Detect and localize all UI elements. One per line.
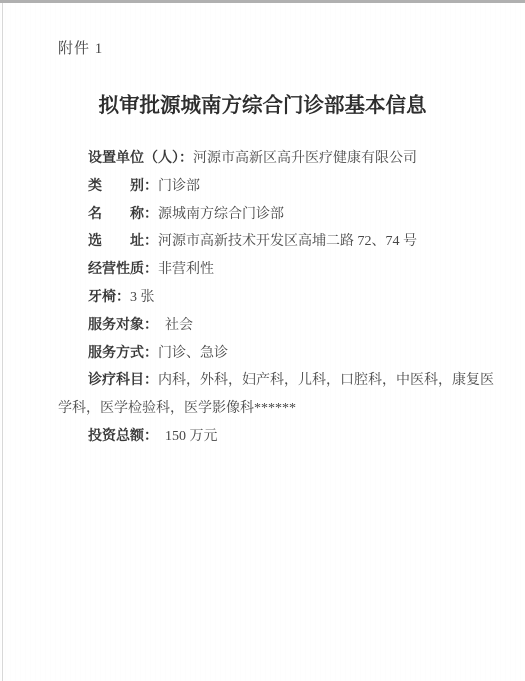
field-row-setup-unit: 设置单位（人）：河源市高新区高升医疗健康有限公司 — [58, 145, 472, 173]
field-label: 诊疗科目： — [88, 373, 158, 388]
field-value: 河源市高新技术开发区高埔二路 72、74 号 — [158, 234, 417, 249]
document-body: 设置单位（人）：河源市高新区高升医疗健康有限公司 类 别：门诊部 名 称：源城南… — [58, 145, 472, 451]
document-title: 拟审批源城南方综合门诊部基本信息 — [0, 94, 525, 118]
field-row-total-investment: 投资总额： 150 万元 — [58, 423, 472, 451]
field-value: 150 万元 — [151, 429, 218, 444]
field-label: 类 别： — [88, 179, 158, 194]
field-row-address: 选 址：河源市高新技术开发区高埔二路 72、74 号 — [58, 228, 472, 256]
field-value-continuation: 学科，医学检验科，医学影像科****** — [58, 395, 472, 423]
field-row-clinical-departments: 诊疗科目：内科，外科，妇产科，儿科，口腔科，中医科，康复医 — [58, 367, 472, 395]
field-label: 名 称： — [88, 207, 158, 222]
field-value: 门诊、急诊 — [158, 346, 228, 361]
field-label: 服务对象： — [88, 318, 151, 333]
field-row-service-target: 服务对象： 社会 — [58, 312, 472, 340]
field-value: 非营利性 — [158, 262, 214, 277]
field-value: 社会 — [151, 318, 193, 333]
field-label: 经营性质： — [88, 262, 158, 277]
field-label: 选 址： — [88, 234, 158, 249]
field-label: 设置单位（人）： — [88, 151, 193, 166]
field-row-dental-chairs: 牙椅：3 张 — [58, 284, 472, 312]
field-value: 河源市高新区高升医疗健康有限公司 — [193, 151, 417, 166]
field-row-name: 名 称：源城南方综合门诊部 — [58, 201, 472, 229]
field-row-category: 类 别：门诊部 — [58, 173, 472, 201]
scanned-document-page: 附件 1 拟审批源城南方综合门诊部基本信息 设置单位（人）：河源市高新区高升医疗… — [0, 0, 525, 681]
field-value: 源城南方综合门诊部 — [158, 207, 284, 222]
scan-top-edge — [0, 0, 525, 3]
field-row-operation-nature: 经营性质：非营利性 — [58, 256, 472, 284]
field-value: 3 张 — [130, 290, 155, 305]
field-value: 门诊部 — [158, 179, 200, 194]
attachment-label: 附件 1 — [58, 39, 103, 59]
field-label: 投资总额： — [88, 429, 151, 444]
field-row-service-mode: 服务方式：门诊、急诊 — [58, 340, 472, 368]
field-value: 内科，外科，妇产科，儿科，口腔科，中医科，康复医 — [158, 373, 494, 388]
field-label: 牙椅： — [88, 290, 130, 305]
field-label: 服务方式： — [88, 346, 158, 361]
